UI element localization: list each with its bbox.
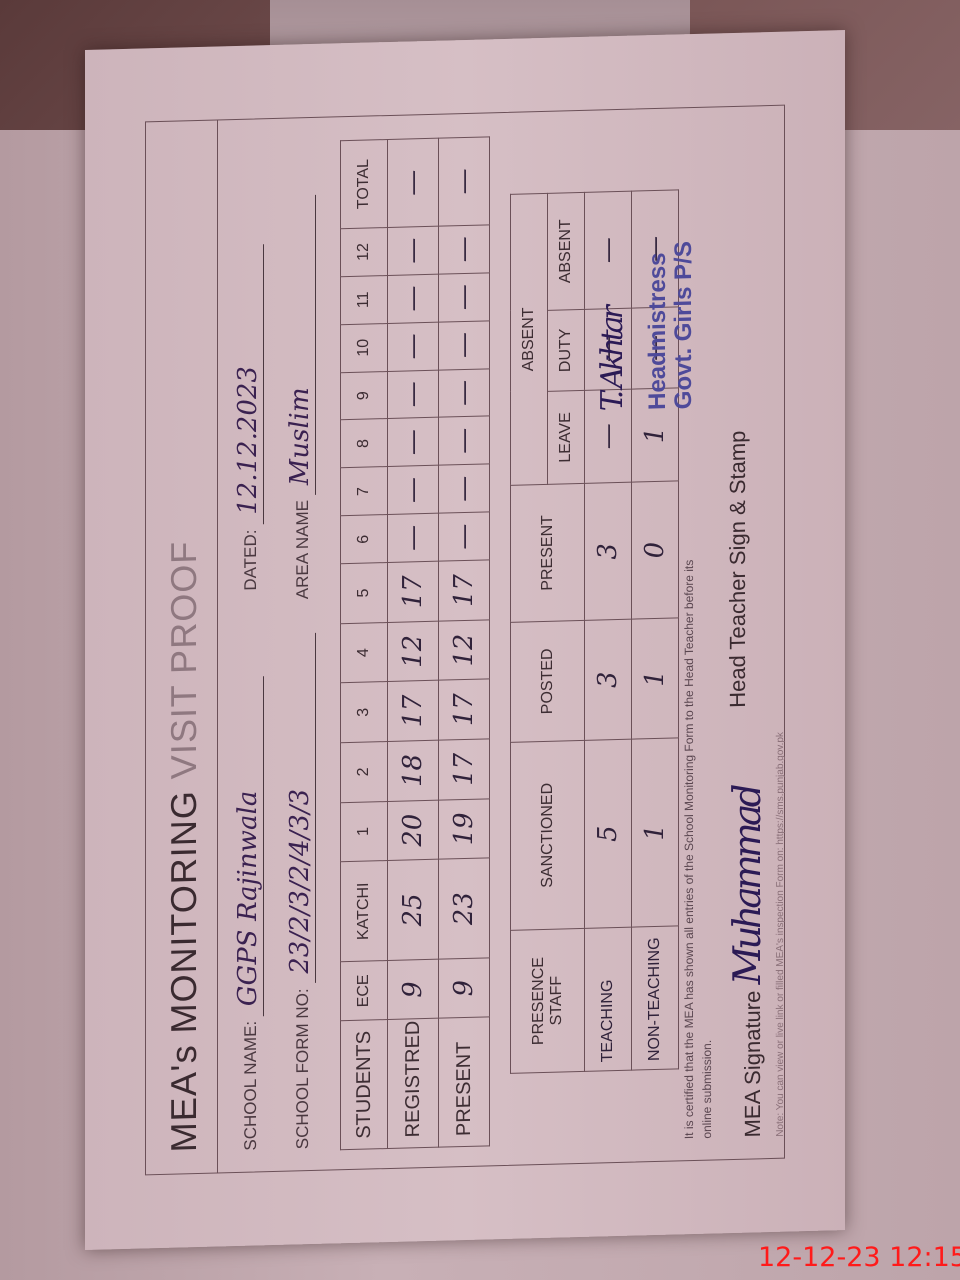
table-row: PRESENT 9 23 19 17 17 12 17 — — — — — — … xyxy=(439,137,490,1147)
col-total: TOTAL xyxy=(341,140,388,229)
col-10: 10 xyxy=(341,323,388,372)
col-6: 6 xyxy=(341,515,388,564)
mea-signature-field: MEA Signature Muhammad xyxy=(725,787,769,1139)
col-4: 4 xyxy=(341,622,388,683)
cell: 17 xyxy=(439,739,490,800)
cell: — xyxy=(439,464,490,513)
cell: 0 xyxy=(632,481,679,619)
cell: 19 xyxy=(439,798,490,859)
cell: — xyxy=(585,191,632,309)
school-form-no-value: 23/2/3/2/4/3/3 xyxy=(285,633,316,984)
row-label-non-teaching: NON-TEACHING xyxy=(632,926,679,1070)
col-absent: ABSENT xyxy=(548,192,585,310)
col-1: 1 xyxy=(341,801,388,862)
col-sanctioned: SANCTIONED xyxy=(511,740,585,930)
dated-label: DATED: xyxy=(241,529,260,591)
students-header-row: STUDENTS ECE KATCHI 1 2 3 4 5 6 7 8 9 10… xyxy=(341,140,388,1150)
dated-value: 12.12.2023 xyxy=(233,244,264,525)
area-name-value: Muslim xyxy=(285,195,316,496)
school-form-no-field: SCHOOL FORM NO: 23/2/3/2/4/3/3 xyxy=(285,633,316,1149)
col-8: 8 xyxy=(341,419,388,468)
monitoring-form: MEA's MONITORING VISIT PROOF SCHOOL NAME… xyxy=(125,86,805,1194)
camera-timestamp: 12-12-23 12:15 xyxy=(758,1242,960,1273)
cell: 20 xyxy=(388,800,439,861)
cell: — xyxy=(439,512,490,561)
cell: 1 xyxy=(632,738,679,927)
cell: 9 xyxy=(388,959,439,1020)
staff-header-row: PRESENCE STAFF SANCTIONED POSTED PRESENT… xyxy=(511,193,548,1073)
head-teacher-signature-field: Head Teacher Sign & Stamp xyxy=(725,430,751,708)
mea-signature: Muhammad xyxy=(725,787,769,986)
col-present: PRESENT xyxy=(511,483,585,622)
stamp-line-2: Govt. Girls P/S xyxy=(671,241,697,410)
col-5: 5 xyxy=(341,563,388,624)
cell: 23 xyxy=(439,858,490,959)
footnote: Note: You can view or live link or fille… xyxy=(775,732,786,1137)
col-ece: ECE xyxy=(341,961,388,1022)
paper-form: MEA's MONITORING VISIT PROOF SCHOOL NAME… xyxy=(85,30,845,1250)
cell: 17 xyxy=(439,679,490,740)
col-katchi: KATCHI xyxy=(341,861,388,962)
header-divider xyxy=(217,119,218,1173)
form-title: MEA's MONITORING VISIT PROOF xyxy=(163,540,205,1153)
head-teacher-signature: T. Akhtar xyxy=(595,309,630,412)
col-duty: DUTY xyxy=(548,309,585,391)
cell: — xyxy=(439,273,490,322)
cell: 3 xyxy=(585,482,632,620)
cell: 17 xyxy=(388,680,439,741)
col-leave: LEAVE xyxy=(548,390,585,484)
row-label-present: PRESENT xyxy=(439,1017,490,1147)
cell-total: — xyxy=(388,138,439,227)
row-label-teaching: TEACHING xyxy=(585,927,632,1071)
title-main: MEA's MONITORING xyxy=(163,779,204,1153)
certification-text: It is certified that the MEA has shown a… xyxy=(680,538,716,1139)
students-table: STUDENTS ECE KATCHI 1 2 3 4 5 6 7 8 9 10… xyxy=(340,136,490,1150)
school-name-value: GGPS Rajinwala xyxy=(233,676,264,1017)
cell: 1 xyxy=(632,618,679,739)
cell: 12 xyxy=(439,620,490,681)
col-students: STUDENTS xyxy=(341,1020,388,1150)
mea-signature-label: MEA Signature xyxy=(740,990,765,1137)
head-teacher-signature-label: Head Teacher Sign & Stamp xyxy=(725,430,750,708)
cell-total: — xyxy=(439,137,490,226)
cell: 9 xyxy=(439,958,490,1019)
school-form-no-label: SCHOOL FORM NO: xyxy=(293,988,312,1149)
col-3: 3 xyxy=(341,682,388,743)
col-12: 12 xyxy=(341,227,388,276)
col-7: 7 xyxy=(341,467,388,516)
cell: 12 xyxy=(388,621,439,682)
cell: 17 xyxy=(439,560,490,621)
cell: — xyxy=(439,320,490,369)
cell: — xyxy=(439,368,490,417)
col-group-absent: ABSENT xyxy=(511,193,548,485)
school-name-field: SCHOOL NAME: GGPS Rajinwala xyxy=(233,676,264,1151)
school-name-label: SCHOOL NAME: xyxy=(241,1021,260,1151)
table-row: REGISTRED 9 25 20 18 17 12 17 — — — — — … xyxy=(388,138,439,1148)
row-label-registered: REGISTRED xyxy=(388,1019,439,1149)
area-name-field: AREA NAME Muslim xyxy=(285,195,316,600)
cell: — xyxy=(439,225,490,274)
cell: — xyxy=(388,370,439,419)
dated-field: DATED: 12.12.2023 xyxy=(233,244,264,591)
cell: — xyxy=(388,322,439,371)
cell: 3 xyxy=(585,619,632,740)
title-faded: VISIT PROOF xyxy=(163,540,204,779)
headmistress-stamp: Headmistress Govt. Girls P/S xyxy=(645,241,698,410)
col-9: 9 xyxy=(341,371,388,420)
cell: — xyxy=(439,416,490,465)
cell: — xyxy=(388,274,439,323)
cell: — xyxy=(388,465,439,514)
cell: — xyxy=(388,418,439,467)
col-posted: POSTED xyxy=(511,620,585,742)
cell: 25 xyxy=(388,859,439,960)
col-presence-staff: PRESENCE STAFF xyxy=(511,928,585,1073)
cell: 18 xyxy=(388,740,439,801)
cell: — xyxy=(388,226,439,275)
cell: 5 xyxy=(585,739,632,928)
col-11: 11 xyxy=(341,275,388,324)
area-name-label: AREA NAME xyxy=(293,500,312,600)
stamp-line-1: Headmistress xyxy=(645,242,671,411)
cell: — xyxy=(388,513,439,562)
cell: 17 xyxy=(388,561,439,622)
col-2: 2 xyxy=(341,741,388,802)
